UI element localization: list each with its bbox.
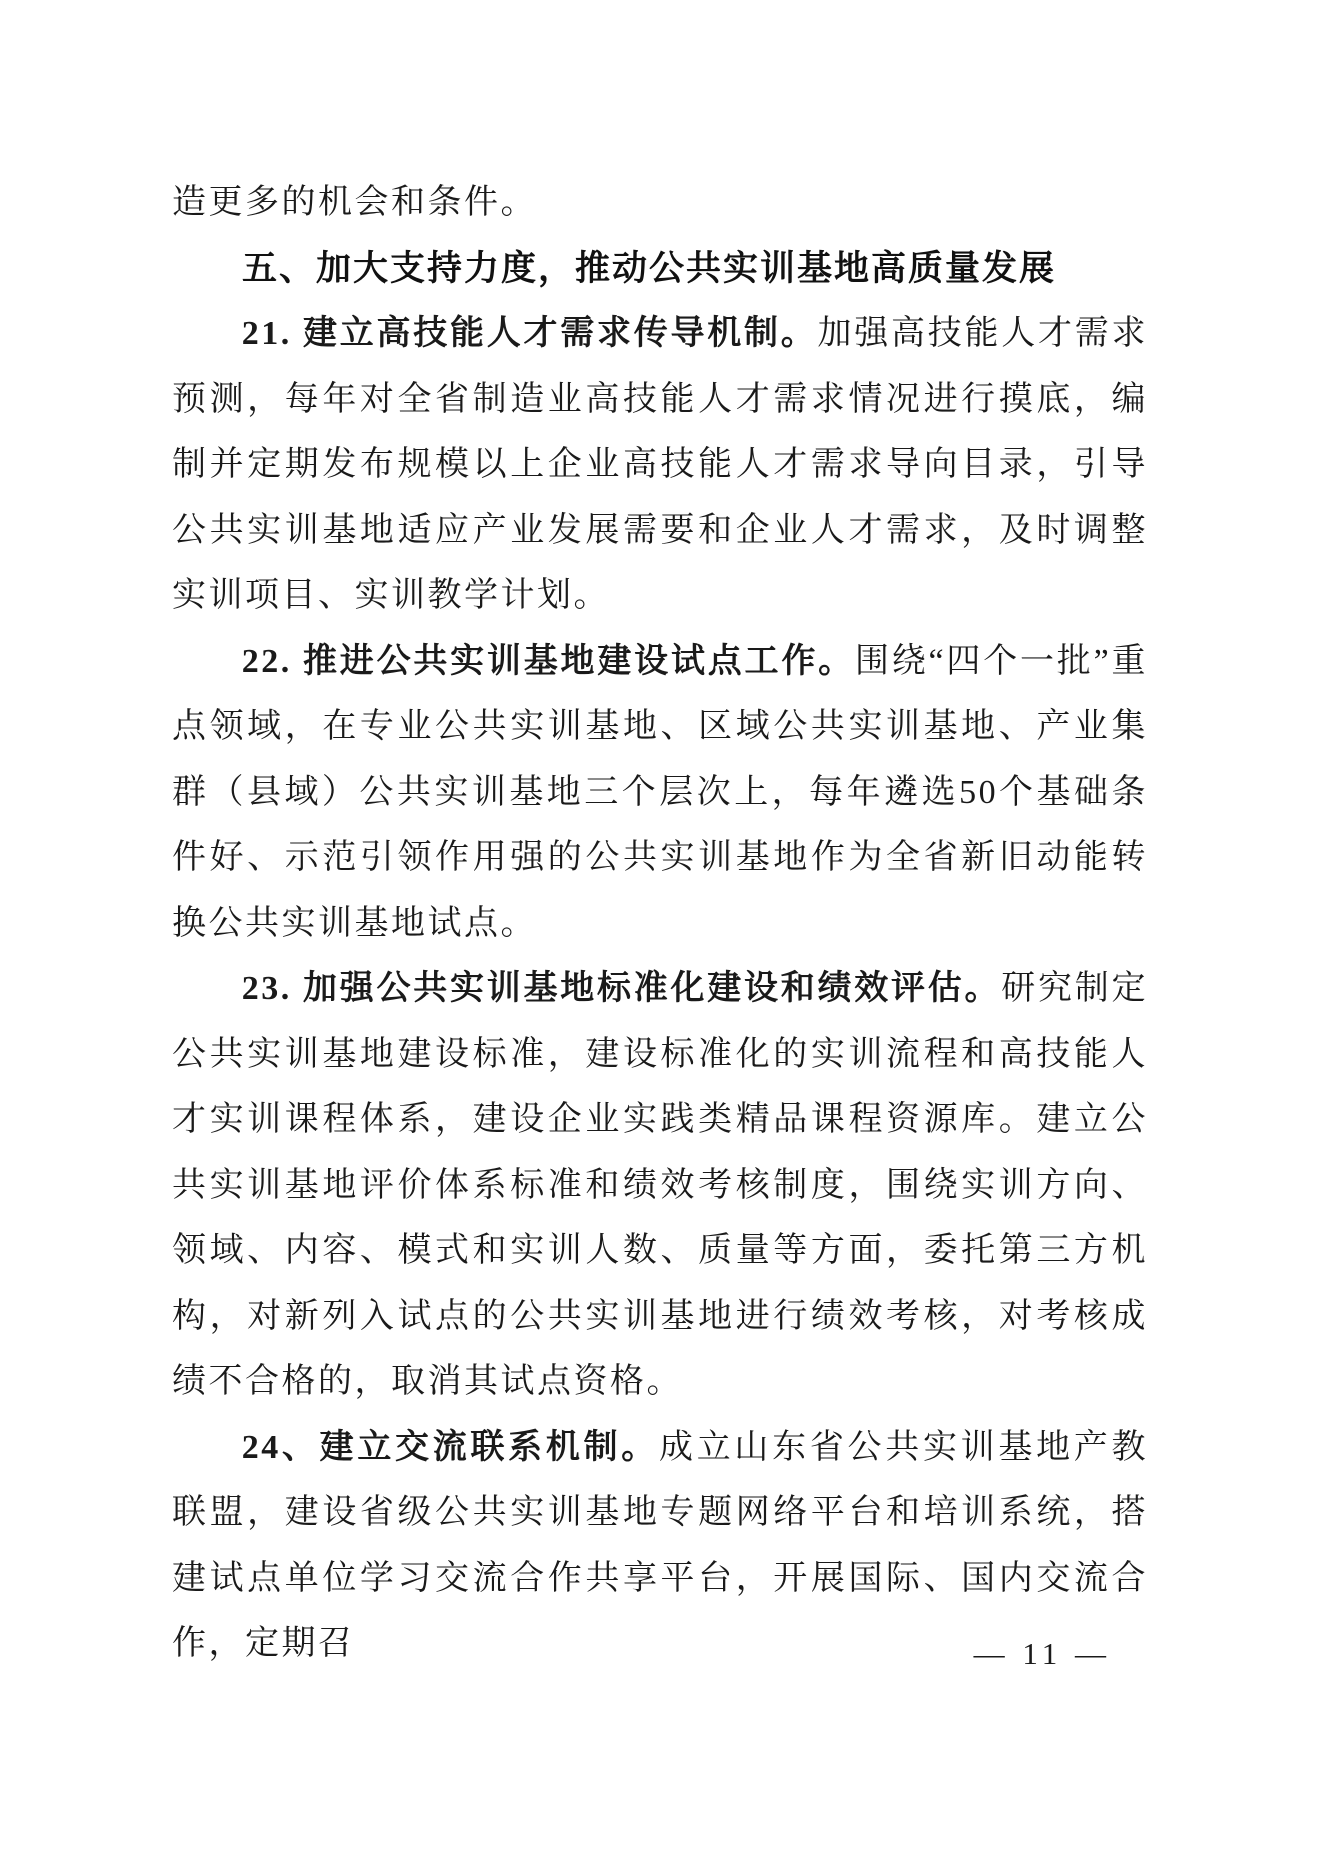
document-body: 造更多的机会和条件。五、加大支持力度，推动公共实训基地高质量发展21. 建立高技…	[172, 170, 1148, 1677]
paragraph-lead: 22. 推进公共实训基地建设试点工作。	[242, 643, 855, 680]
numbered-paragraph: 23. 加强公共实训基地标准化建设和绩效评估。研究制定公共实训基地建设标准，建设…	[172, 956, 1148, 1415]
numbered-paragraph: 22. 推进公共实训基地建设试点工作。围绕“四个一批”重点领域，在专业公共实训基…	[172, 629, 1148, 957]
section-heading: 五、加大支持力度，推动公共实训基地高质量发展	[172, 236, 1148, 302]
paragraph-lead: 23. 加强公共实训基地标准化建设和绩效评估。	[242, 970, 1002, 1007]
paragraph-lead: 24、建立交流联系机制。	[242, 1429, 659, 1466]
paragraph-lead: 21. 建立高技能人才需求传导机制。	[242, 315, 818, 352]
numbered-paragraph: 21. 建立高技能人才需求传导机制。加强高技能人才需求预测，每年对全省制造业高技…	[172, 301, 1148, 629]
page-number: — 11 —	[974, 1636, 1111, 1672]
paragraph-text: 围绕“四个一批”重点领域，在专业公共实训基地、区域公共实训基地、产业集群（县域）…	[172, 643, 1148, 942]
continuation-paragraph: 造更多的机会和条件。	[172, 170, 1148, 236]
document-page: 造更多的机会和条件。五、加大支持力度，推动公共实训基地高质量发展21. 建立高技…	[0, 0, 1323, 1871]
paragraph-text: 加强高技能人才需求预测，每年对全省制造业高技能人才需求情况进行摸底，编制并定期发…	[172, 315, 1148, 614]
paragraph-text: 研究制定公共实训基地建设标准，建设标准化的实训流程和高技能人才实训课程体系，建设…	[172, 970, 1148, 1400]
